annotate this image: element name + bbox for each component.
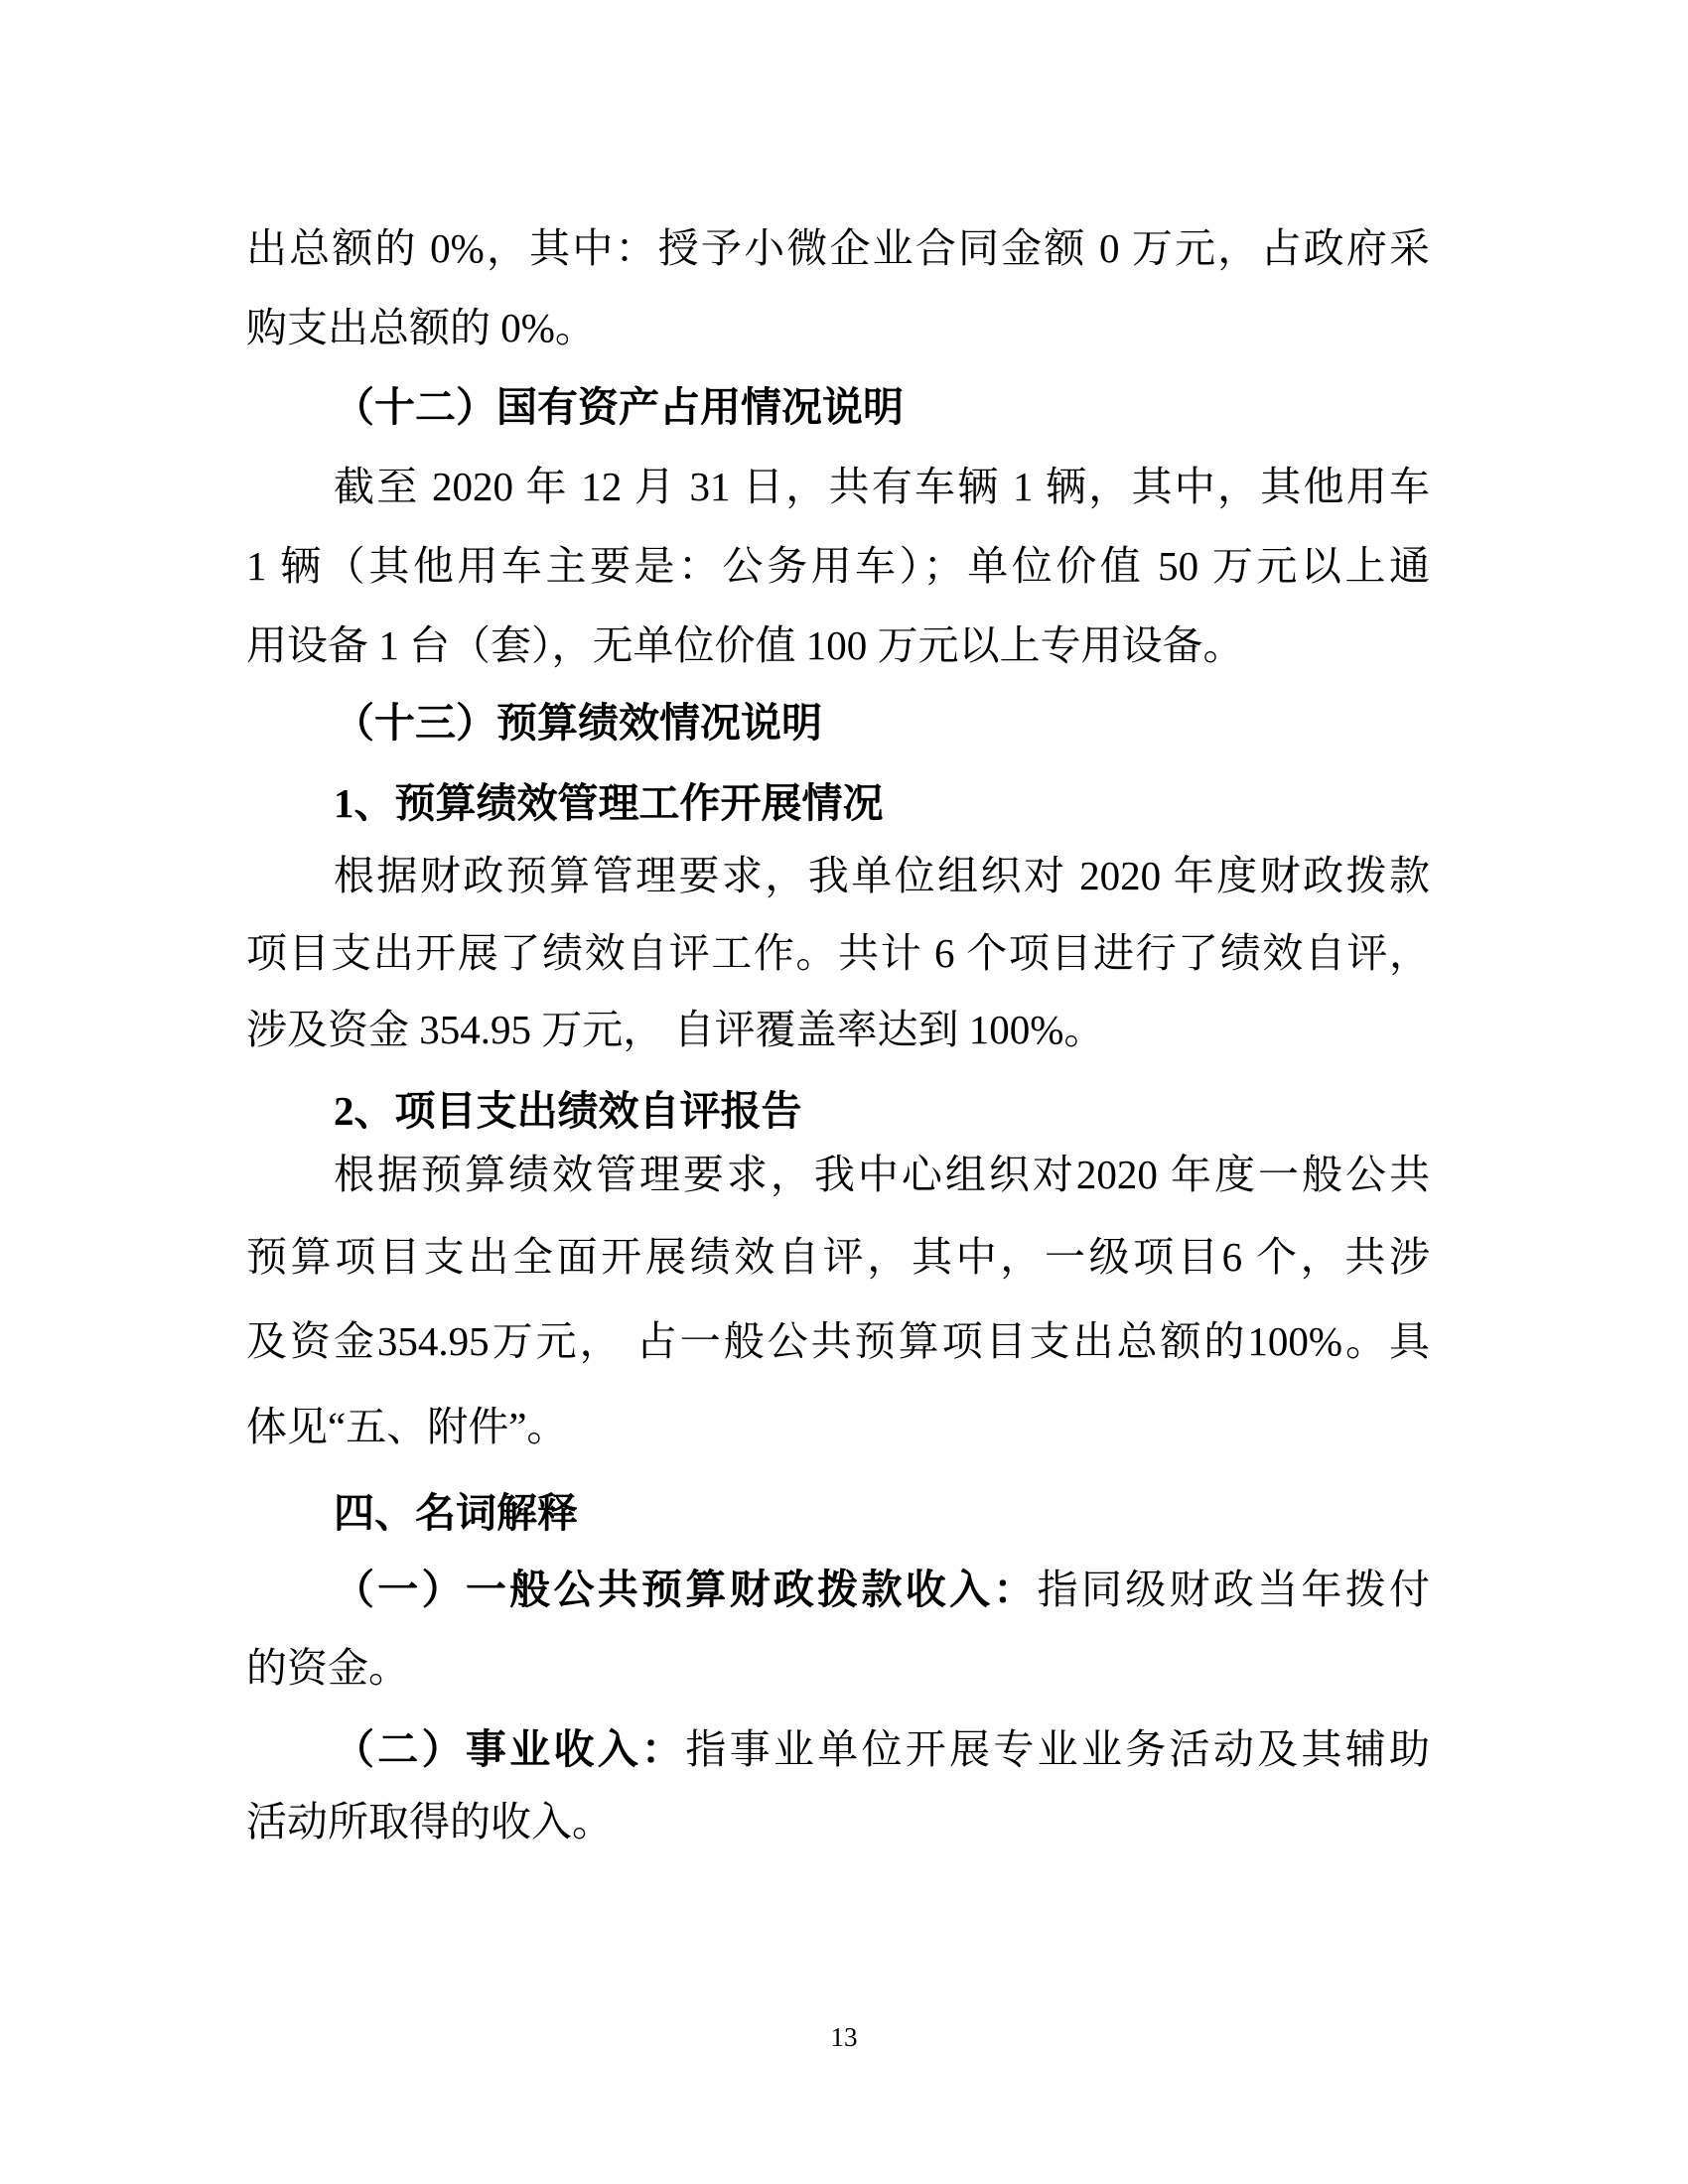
section-heading-12: （十二）国有资产占用情况说明 [246,382,1430,432]
term-definition-2: 指事业单位开展专业业务活动及其辅助 [685,1726,1430,1772]
document-page: 出总额的 0%，其中：授予小微企业合同金额 0 万元，占政府采 购支出总额的 0… [0,0,1688,2184]
section-heading-4: 四、名词解释 [246,1488,1430,1538]
doc-line-5: 1 辆（其他用车主要是：公务用车）；单位价值 50 万元以上通 [246,541,1430,591]
term-label-1: （一）一般公共预算财政拨款收入： [334,1567,1038,1612]
doc-line-20: （二）事业收入：指事业单位开展专业业务活动及其辅助 [246,1724,1430,1774]
page-number: 13 [0,2021,1688,2053]
subheading-1: 1、预算绩效管理工作开展情况 [246,778,1430,828]
doc-line-6: 用设备 1 台（套），无单位价值 100 万元以上专用设备。 [246,620,1430,670]
doc-line-14: 预算项目支出全面开展绩效自评，其中，一级项目6 个，共涉 [246,1232,1430,1282]
term-label-2: （二）事业收入： [334,1726,685,1772]
doc-line-18: （一）一般公共预算财政拨款收入：指同级财政当年拨付 [246,1565,1430,1614]
doc-line-4: 截至 2020 年 12 月 31 日，共有车辆 1 辆，其中，其他用车 [246,462,1430,511]
doc-line-10: 项目支出开展了绩效自评工作。共计 6 个项目进行了绩效自评， [246,928,1430,978]
section-heading-13: （十三）预算绩效情况说明 [246,698,1430,748]
doc-line-13: 根据预算绩效管理要求，我中心组织对2020 年度一般公共 [246,1150,1430,1199]
doc-line-21: 活动所取得的收入。 [246,1797,1430,1846]
term-definition-1: 指同级财政当年拨付 [1038,1567,1430,1612]
doc-line-16: 体见“五、附件”。 [246,1402,1430,1451]
subheading-2: 2、项目支出绩效自评报告 [246,1086,1430,1136]
doc-line-2: 购支出总额的 0%。 [246,303,1430,352]
doc-line-19: 的资金。 [246,1643,1430,1693]
doc-line-1: 出总额的 0%，其中：授予小微企业合同金额 0 万元，占政府采 [246,223,1430,273]
doc-line-11: 涉及资金 354.95 万元， 自评覆盖率达到 100%。 [246,1005,1430,1054]
doc-line-9: 根据财政预算管理要求，我单位组织对 2020 年度财政拨款 [246,851,1430,900]
doc-line-15: 及资金354.95万元， 占一般公共预算项目支出总额的100%。具 [246,1316,1430,1366]
